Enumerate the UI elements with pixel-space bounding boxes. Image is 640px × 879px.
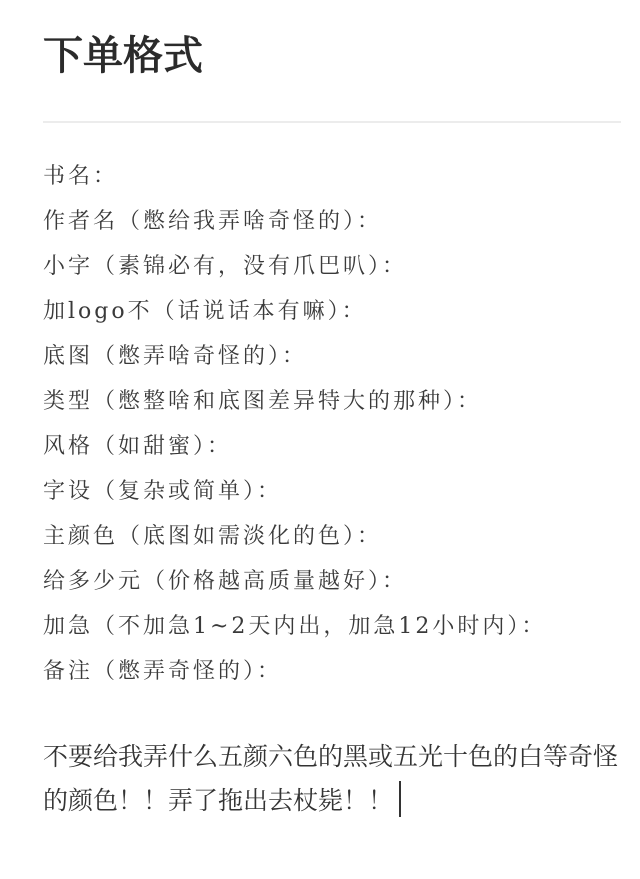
field-main-color[interactable]: 主颜色（底图如需淡化的色）：: [43, 514, 546, 559]
field-background-image[interactable]: 底图（憋弄啥奇怪的）：: [43, 334, 546, 379]
order-format-fields[interactable]: 书名： 作者名（憋给我弄啥奇怪的）： 小字（素锦必有，没有爪巴叭）： 加logo…: [43, 154, 546, 694]
title-divider: [43, 121, 621, 123]
field-rush[interactable]: 加急（不加急1~2天内出，加急12小时内）：: [43, 604, 546, 649]
field-author-name[interactable]: 作者名（憋给我弄啥奇怪的）：: [43, 199, 546, 244]
note-text: 不要给我弄什么五颜六色的黑或五光十色的白等奇怪的颜色！！弄了拖出去杖毙！！: [43, 742, 618, 815]
field-book-name[interactable]: 书名：: [43, 154, 546, 199]
field-logo[interactable]: 加logo不（话说话本有嘛）：: [43, 289, 546, 334]
field-remarks[interactable]: 备注（憋弄奇怪的）：: [43, 649, 546, 694]
field-type[interactable]: 类型（憋整啥和底图差异特大的那种）：: [43, 379, 546, 424]
note-paragraph[interactable]: 不要给我弄什么五颜六色的黑或五光十色的白等奇怪的颜色！！弄了拖出去杖毙！！: [43, 735, 633, 823]
field-price[interactable]: 给多少元（价格越高质量越好）：: [43, 559, 546, 604]
page-title: 下单格式: [43, 30, 203, 82]
field-style[interactable]: 风格（如甜蜜）：: [43, 424, 546, 469]
text-cursor: [399, 781, 401, 817]
field-small-text[interactable]: 小字（素锦必有，没有爪巴叭）：: [43, 244, 546, 289]
field-font-design[interactable]: 字设（复杂或简单）：: [43, 469, 546, 514]
